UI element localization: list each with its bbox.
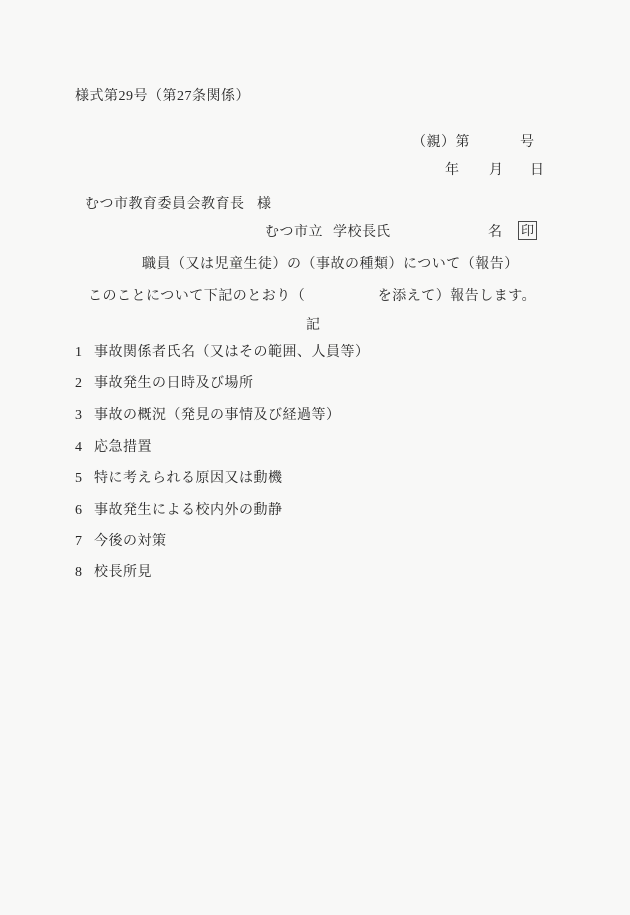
list-item: 応急措置: [94, 438, 152, 458]
seal-placeholder: 印: [518, 221, 537, 240]
sender-principal: 学校長: [333, 223, 377, 243]
item-number: 6: [75, 501, 83, 521]
addressee-honorific: 様: [257, 195, 272, 215]
date-year-label: 年: [445, 161, 460, 181]
doc-number-unit: 号: [520, 133, 535, 153]
sender-name-lead: 氏: [376, 223, 391, 243]
list-item: 校長所見: [94, 563, 152, 583]
item-number: 3: [75, 406, 83, 426]
subject-line: 職員（又は児童生徒）の（事故の種類）について（報告）: [142, 255, 519, 275]
doc-number-prefix: （親）第: [412, 133, 470, 153]
item-number: 2: [75, 374, 83, 394]
item-number: 4: [75, 438, 83, 458]
list-item: 事故関係者氏名（又はその範囲、人員等）: [94, 343, 370, 363]
addressee-title: むつ市教育委員会教育長: [85, 195, 245, 215]
sender-name-tail: 名: [488, 223, 503, 243]
form-number-label: 様式第29号（第27条関係）: [75, 87, 250, 107]
body-sentence: このことについて下記のとおり（ を添えて）報告します。: [88, 287, 536, 307]
item-number: 1: [75, 343, 83, 363]
report-form-page: 様式第29号（第27条関係） （親）第 号 年 月 日 むつ市教育委員会教育長 …: [0, 0, 630, 915]
list-item: 事故発生の日時及び場所: [94, 374, 254, 394]
list-item: 今後の対策: [94, 532, 167, 552]
record-marker: 記: [306, 316, 321, 336]
list-item: 事故の概況（発見の事情及び経過等）: [94, 406, 341, 426]
sender-city: むつ市立: [265, 223, 323, 243]
date-day-label: 日: [530, 161, 545, 181]
item-number: 5: [75, 469, 83, 489]
date-month-label: 月: [489, 161, 504, 181]
item-number: 7: [75, 532, 83, 552]
list-item: 事故発生による校内外の動静: [94, 501, 283, 521]
list-item: 特に考えられる原因又は動機: [94, 469, 283, 489]
item-number: 8: [75, 563, 83, 583]
